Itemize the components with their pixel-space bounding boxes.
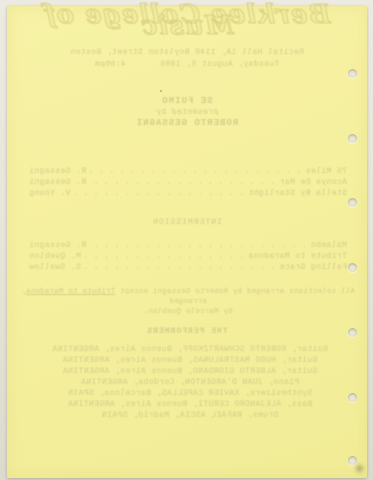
date-line: Tuesday, August 5, 19864:00pm [7, 59, 367, 70]
performer-line: Drums, RAFAEL ASCIA, Madrid, SPAIN [27, 410, 353, 421]
intermission-label: INTERMISSION [7, 217, 367, 228]
note-text: All selections arranged by Roberto Gessa… [115, 288, 355, 296]
punch-hole [348, 328, 357, 337]
composer-name: R. Gessagni [29, 177, 86, 188]
composer-name: R. Gessagni [29, 166, 86, 177]
piece-title: Stella By Starlight [248, 188, 347, 199]
time-text: 4:00pm [95, 60, 126, 69]
composer-name: S. Swallow [29, 262, 81, 273]
program-row: Tribute to Maradona . . . . . . . . . . … [29, 251, 347, 262]
page-title: Berklee College of Music [7, 10, 367, 32]
composer-name: V. Young [29, 188, 71, 199]
piece-title: Tribute to Maradona [248, 251, 347, 262]
dot-leader: . . . . . . . . . . . . . . . . . . . . … [75, 188, 245, 199]
page-corner-shadow [356, 465, 363, 472]
presenter-name: ROBERTO GESSAGNI [7, 118, 367, 129]
scanned-page: Berklee College of Music Recital Hall 1A… [0, 0, 373, 480]
piece-title: 75 Miles [305, 166, 347, 177]
performer-line: Guitar, ROBERTO SCHWARTZKOPF, Buenos Air… [27, 344, 353, 355]
dot-leader: . . . . . . . . . . . . . . . . . . . . … [90, 177, 275, 188]
punch-hole [348, 263, 357, 272]
dot-leader: . . . . . . . . . . . . . . . . . . . . … [85, 251, 244, 262]
program-row: Stella By Starlight . . . . . . . . . . … [29, 188, 347, 199]
punch-hole [348, 69, 357, 78]
yellow-program-page: Berklee College of Music Recital Hall 1A… [7, 6, 367, 478]
date-text: Tuesday, August 5, 1986 [160, 60, 280, 69]
punch-hole [348, 198, 357, 207]
program-row: Aconya De Mar . . . . . . . . . . . . . … [29, 177, 347, 188]
dot-leader: . . . . . . . . . . . . . . . . . . . . … [90, 240, 306, 251]
performer-line: Bass, ALEJANDRO CERUTI, Buenos Aires, AR… [27, 399, 353, 410]
note-underlined-title: Tribute to Maradona [26, 288, 115, 296]
piece-title: Malambo [311, 240, 347, 251]
performers-list: Guitar, ROBERTO SCHWARTZKOPF, Buenos Air… [27, 344, 353, 421]
program-row: 75 Miles . . . . . . . . . . . . . . . .… [29, 166, 347, 177]
performer-line: Synthesizers, XAVIER CAPELLAS, Barcelona… [27, 388, 353, 399]
performer-line: Guitar, ALBERTO GIORDANO, Buenos Aires, … [27, 366, 353, 377]
note-text: by Marcelo Queblon. [143, 308, 232, 316]
program-row: Falling Grace . . . . . . . . . . . . . … [29, 262, 347, 273]
presented-by-text: presented by [7, 107, 367, 118]
paper-speck [160, 90, 162, 92]
mirrored-print-content: Berklee College of Music Recital Hall 1A… [7, 6, 367, 478]
program-first-half: 75 Miles . . . . . . . . . . . . . . . .… [29, 166, 347, 199]
performers-heading: THE PERFORMERS [7, 326, 367, 337]
punch-hole [348, 456, 357, 465]
performer-line: Guitar, HUGO MASTRALUNAS, Buenos Aires, … [27, 355, 353, 366]
composer-name: R. Gessagni [29, 240, 86, 251]
recital-title: SE FUIMO [7, 96, 367, 107]
performer-line: Piano, JUAN D'ARGENTON, Cordoba, ARGENTI… [27, 377, 353, 388]
punch-hole [348, 393, 357, 402]
composer-name: M. Queblon [29, 251, 81, 262]
program-row: Malambo . . . . . . . . . . . . . . . . … [29, 240, 347, 251]
piece-title: Falling Grace [279, 262, 347, 273]
arranger-note: All selections arranged by Roberto Gessa… [19, 287, 357, 317]
program-second-half: Malambo . . . . . . . . . . . . . . . . … [29, 240, 347, 273]
dot-leader: . . . . . . . . . . . . . . . . . . . . … [90, 166, 301, 177]
piece-title: Aconya De Mar [279, 177, 347, 188]
venue-text: Recital Hall 1A, 1140 Boylston Street, B… [7, 47, 367, 58]
punch-hole [348, 134, 357, 143]
dot-leader: . . . . . . . . . . . . . . . . . . . . … [85, 262, 275, 273]
